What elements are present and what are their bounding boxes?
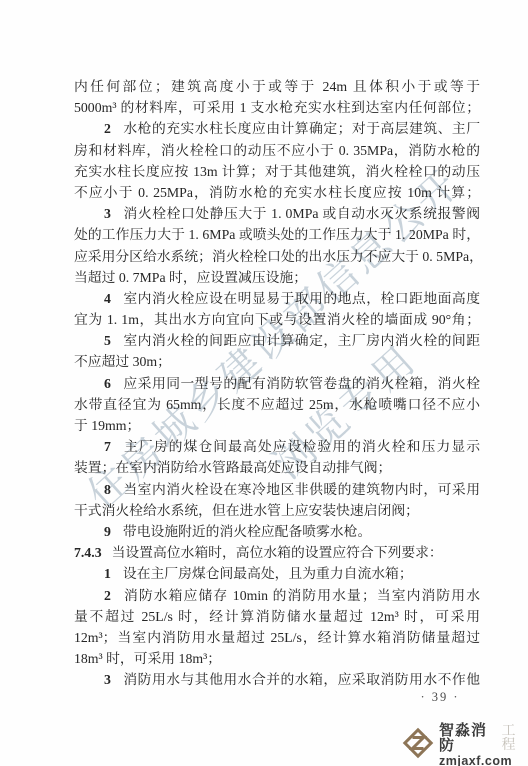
item-number: 5 — [104, 333, 111, 348]
text-line: 12m³；当室内消防用水量超过 25L/s，经计算水箱消防储量超过 — [74, 627, 480, 648]
text-line: 3消火栓栓口处静压大于 1. 0MPa 或自动水灭火系统报警阀 — [74, 203, 480, 224]
page-number: · 39 · — [403, 690, 477, 705]
item-number: 9 — [104, 524, 111, 539]
item-number: 8 — [104, 482, 111, 497]
text-line: 充实水柱长度应按 13m 计算；对于其他建筑，消火栓栓口的动压 — [74, 161, 480, 182]
text-line: 9带电设施附近的消火栓应配备喷雾水枪。 — [74, 521, 480, 542]
line-text: 宜为 1. 1m，其出水方向宜向下或与设置消火栓的墙面成 90°角； — [74, 312, 480, 327]
text-line: 6应采用同一型号的配有消防软管卷盘的消火栓箱，消火栓 — [74, 373, 480, 394]
line-text: 充实水柱长度应按 13m 计算；对于其他建筑，消火栓栓口的动压 — [74, 164, 480, 179]
item-number: 7 — [104, 439, 111, 454]
text-line: 4室内消火栓应设在明显易于取用的地点，栓口距地面高度 — [74, 288, 480, 309]
section-heading-line: 7.4.3当设置高位水箱时，高位水箱的设置应符合下列要求： — [74, 542, 480, 563]
line-text: 消防用水与其他用水合并的水箱，应采取消防用水不作他 — [123, 672, 480, 687]
text-line: 不应超过 30m； — [74, 351, 480, 372]
text-line: 3消防用水与其他用水合并的水箱，应采取消防用水不作他 — [74, 669, 480, 690]
line-text: 室内消火栓应设在明显易于取用的地点，栓口距地面高度 — [123, 291, 480, 306]
item-number: 1 — [104, 566, 111, 581]
line-text: 不应小于 0. 25MPa，消防水枪的充实水柱长度应按 10m 计算； — [74, 185, 480, 200]
brand-website: zmjaxf.com — [439, 755, 528, 766]
text-line: 应采用分区给水系统；消火栓栓口处的出水压力不应大于 0. 5MPa， — [74, 246, 480, 267]
text-line: 于 19mm； — [74, 415, 480, 436]
line-text: 房和材料库，消火栓栓口的动压不应小于 0. 35MPa，消防水枪的 — [74, 143, 480, 158]
brand-faint-suffix: 工程 — [502, 723, 528, 751]
text-line: 当超过 0. 7MPa 时，应设置减压设施； — [74, 267, 480, 288]
document-body: 内任何部位；建筑高度小于或等于 24m 且体积小于或等于 5000m³ 的材料库… — [74, 76, 480, 690]
text-line: 宜为 1. 1m，其出水方向宜向下或与设置消火栓的墙面成 90°角； — [74, 309, 480, 330]
line-text: 干式消火栓给水系统，但在进水管上应安装快速启闭阀； — [74, 503, 419, 518]
text-line: 5室内消火栓的间距应由计算确定，主厂房内消火栓的间距 — [74, 330, 480, 351]
line-text: 主厂房的煤仓间最高处应设检验用的消火栓和压力显示 — [123, 439, 480, 454]
line-text: 量不超过 25L/s 时，经计算消防储水量超过 12m³ 时，可采用 — [74, 609, 480, 624]
logo-text: 智淼消防 工程 zmjaxf.com — [439, 723, 528, 766]
line-text: 于 19mm； — [74, 418, 140, 433]
line-text: 当设置高位水箱时，高位水箱的设置应符合下列要求： — [112, 545, 443, 560]
line-text: 当室内消火栓设在寒冷地区非供暖的建筑物内时，可采用 — [123, 482, 480, 497]
item-number: 2 — [104, 121, 111, 136]
line-text: 18m³ 时，可采用 18m³； — [74, 651, 221, 666]
line-text: 室内消火栓的间距应由计算确定，主厂房内消火栓的间距 — [123, 333, 480, 348]
document-page: 住房城乡建设部信息公开 浏览专用 内任何部位；建筑高度小于或等于 24m 且体积… — [0, 0, 528, 766]
line-text: 内任何部位；建筑高度小于或等于 24m 且体积小于或等于 — [74, 79, 480, 94]
line-text: 消防水箱应储存 10min 的消防用水量；当室内消防用水 — [123, 588, 480, 603]
line-text: 应采用同一型号的配有消防软管卷盘的消火栓箱，消火栓 — [123, 376, 480, 391]
text-line: 水带直径宜为 65mm，长度不应超过 25m，水枪喷嘴口径不应小 — [74, 394, 480, 415]
item-number: 3 — [104, 672, 111, 687]
text-line: 18m³ 时，可采用 18m³； — [74, 648, 480, 669]
text-line: 装置；在室内消防给水管路最高处应设自动排气阀； — [74, 457, 480, 478]
line-text: 当超过 0. 7MPa 时，应设置减压设施； — [74, 270, 307, 285]
brand-name: 智淼消防 — [439, 723, 500, 753]
item-number: 6 — [104, 376, 111, 391]
line-text: 装置；在室内消防给水管路最高处应设自动排气阀； — [74, 460, 391, 475]
section-number: 7.4.3 — [74, 545, 102, 560]
item-number: 4 — [104, 291, 111, 306]
line-text: 处的工作压力大于 1. 6MPa 或喷头处的工作压力大于 1. 20MPa 时， — [74, 227, 480, 242]
line-text: 消火栓栓口处静压大于 1. 0MPa 或自动水灭火系统报警阀 — [123, 206, 480, 221]
text-line: 7主厂房的煤仓间最高处应设检验用的消火栓和压力显示 — [74, 436, 480, 457]
text-line: 8当室内消火栓设在寒冷地区非供暖的建筑物内时，可采用 — [74, 479, 480, 500]
item-number: 2 — [104, 588, 111, 603]
text-line: 内任何部位；建筑高度小于或等于 24m 且体积小于或等于 — [74, 76, 480, 97]
line-text: 设在主厂房煤仓间最高处，且为重力自流水箱； — [123, 566, 413, 581]
brand-row: 智淼消防 工程 — [439, 723, 528, 753]
text-line: 处的工作压力大于 1. 6MPa 或喷头处的工作压力大于 1. 20MPa 时， — [74, 224, 480, 245]
line-text: 应采用分区给水系统；消火栓栓口处的出水压力不应大于 0. 5MPa， — [74, 249, 483, 264]
publisher-logo: 智淼消防 工程 zmjaxf.com — [402, 723, 528, 766]
diamond-z-icon — [402, 727, 434, 764]
line-text: 12m³；当室内消防用水量超过 25L/s，经计算水箱消防储量超过 — [74, 630, 480, 645]
line-text: 水枪的充实水柱长度应由计算确定；对于高层建筑、主厂 — [123, 121, 480, 136]
text-line: 1设在主厂房煤仓间最高处，且为重力自流水箱； — [74, 563, 480, 584]
text-line: 量不超过 25L/s 时，经计算消防储水量超过 12m³ 时，可采用 — [74, 606, 480, 627]
text-line: 2水枪的充实水柱长度应由计算确定；对于高层建筑、主厂 — [74, 118, 480, 139]
text-line: 不应小于 0. 25MPa，消防水枪的充实水柱长度应按 10m 计算； — [74, 182, 480, 203]
text-line: 5000m³ 的材料库，可采用 1 支水枪充实水柱到达室内任何部位； — [74, 97, 480, 118]
line-text: 5000m³ 的材料库，可采用 1 支水枪充实水柱到达室内任何部位； — [74, 100, 480, 115]
text-line: 2消防水箱应储存 10min 的消防用水量；当室内消防用水 — [74, 585, 480, 606]
item-number: 3 — [104, 206, 111, 221]
text-line: 房和材料库，消火栓栓口的动压不应小于 0. 35MPa，消防水枪的 — [74, 140, 480, 161]
text-line: 干式消火栓给水系统，但在进水管上应安装快速启闭阀； — [74, 500, 480, 521]
line-text: 不应超过 30m； — [74, 354, 171, 369]
line-text: 带电设施附近的消火栓应配备喷雾水枪。 — [123, 524, 371, 539]
line-text: 水带直径宜为 65mm，长度不应超过 25m，水枪喷嘴口径不应小 — [74, 397, 480, 412]
